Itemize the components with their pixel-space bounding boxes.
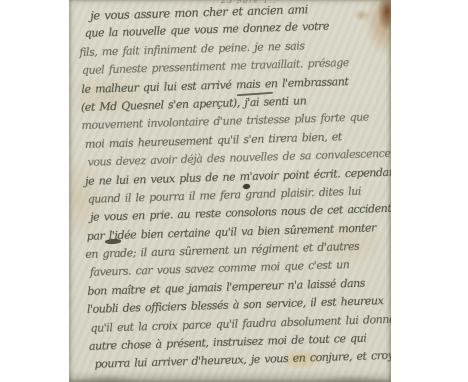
scan-canvas: 23 9bre 1.. je vous assure mon cher et a…: [0, 0, 468, 382]
letter-page: 23 9bre 1.. je vous assure mon cher et a…: [69, 0, 391, 382]
letter-body: je vous assure mon cher et ancien ami qu…: [78, 0, 391, 375]
